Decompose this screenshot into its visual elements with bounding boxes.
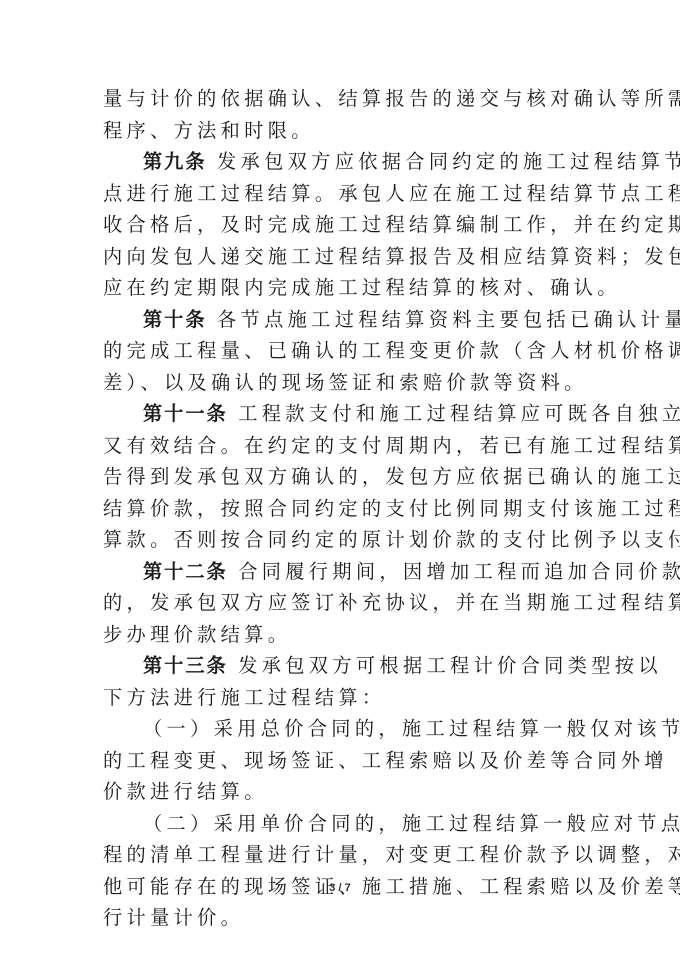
text-line: 价款进行结算。 xyxy=(103,776,581,808)
article-heading: 第十三条 xyxy=(143,654,228,677)
article-heading: 第九条 xyxy=(143,150,207,173)
page-number: 3 / 7 xyxy=(0,882,680,894)
text-line: 行计量计价。 xyxy=(103,902,581,934)
text-line: 的，发承包双方应签订补充协议，并在当期施工过程结算同 xyxy=(103,587,581,619)
text-line: 结算价款，按照合同约定的支付比例同期支付该施工过程结 xyxy=(103,493,581,525)
article-heading: 第十条 xyxy=(143,308,207,331)
text-line: 点进行施工过程结算。承包人应在施工过程结算节点工程验 xyxy=(103,178,581,210)
text-line: 又有效结合。在约定的支付周期内，若已有施工过程结算报 xyxy=(103,430,581,462)
text-line: 应在约定期限内完成施工过程结算的核对、确认。 xyxy=(103,272,581,304)
text-line: 差）、以及确认的现场签证和索赔价款等资料。 xyxy=(103,367,581,399)
text-line: （一）采用总价合同的，施工过程结算一般仅对该节点 xyxy=(103,713,581,745)
text-line: 内向发包人递交施工过程结算报告及相应结算资料；发包人 xyxy=(103,241,581,273)
text-line: 发承包双方应依据合同约定的施工过程结算节 xyxy=(207,150,680,173)
text-line: 下方法进行施工过程结算： xyxy=(103,682,581,714)
text-line: 程的清单工程量进行计量，对变更工程价款予以调整，对其 xyxy=(103,839,581,871)
text-line: 的工程变更、现场签证、工程索赔以及价差等合同外增（减） xyxy=(103,745,581,777)
text-line: 程序、方法和时限。 xyxy=(103,115,581,147)
article-heading: 第十二条 xyxy=(143,560,228,583)
text-line: 工程款支付和施工过程结算应可既各自独立 xyxy=(228,402,680,425)
text-line: 的完成工程量、已确认的工程变更价款（含人材机价格调 xyxy=(103,335,581,367)
text-line: 告得到发承包双方确认的，发包方应依据已确认的施工过程 xyxy=(103,461,581,493)
article-heading: 第十一条 xyxy=(143,402,228,425)
article-12-first-line: 第十二条 合同履行期间，因增加工程而追加合同价款 xyxy=(103,556,581,588)
text-line: 算款。否则按合同约定的原计划价款的支付比例予以支付。 xyxy=(103,524,581,556)
text-line: 量与计价的依据确认、结算报告的递交与核对确认等所需的 xyxy=(103,83,581,115)
text-line: （二）采用单价合同的，施工过程结算一般应对节点工 xyxy=(103,808,581,840)
article-13-first-line: 第十三条 发承包双方可根据工程计价合同类型按以 xyxy=(103,650,581,682)
article-9-first-line: 第九条 发承包双方应依据合同约定的施工过程结算节 xyxy=(103,146,581,178)
text-line: 合同履行期间，因增加工程而追加合同价款 xyxy=(228,560,680,583)
text-line: 各节点施工过程结算资料主要包括已确认计量 xyxy=(207,308,680,331)
article-10-first-line: 第十条 各节点施工过程结算资料主要包括已确认计量 xyxy=(103,304,581,336)
document-page: 量与计价的依据确认、结算报告的递交与核对确认等所需的 程序、方法和时限。 第九条… xyxy=(103,83,581,934)
article-11-first-line: 第十一条 工程款支付和施工过程结算应可既各自独立 xyxy=(103,398,581,430)
text-line: 收合格后，及时完成施工过程结算编制工作，并在约定期限 xyxy=(103,209,581,241)
text-line: 发承包双方可根据工程计价合同类型按以 xyxy=(228,654,662,677)
text-line: 步办理价款结算。 xyxy=(103,619,581,651)
